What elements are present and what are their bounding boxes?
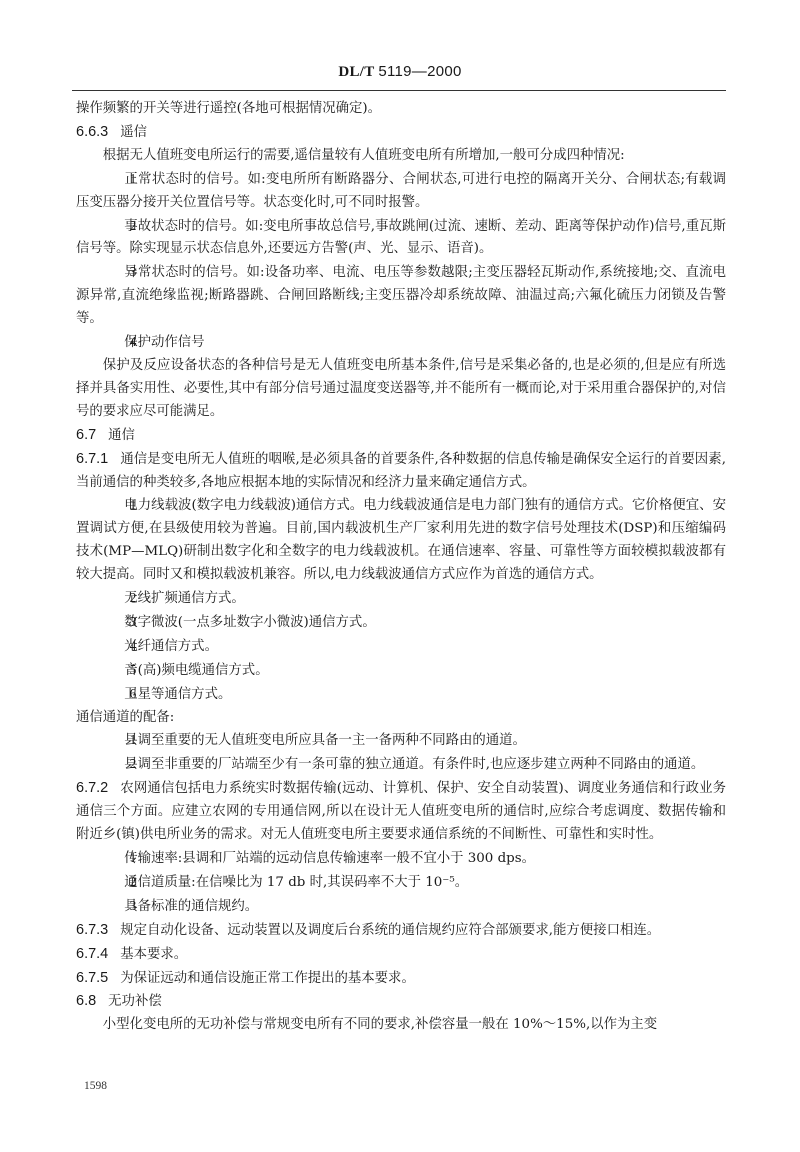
section-number: 6.8 [76,993,96,1009]
list-item: 3异常状态时的信号。如:设备功率、电流、电压等参数越限;主变压器轻瓦斯动作,系统… [76,261,726,331]
item-text: 音(高)频电缆通信方式。 [124,663,268,678]
clause-paragraph: 6.7.5为保证远动和通信设施正常工作提出的基本要求。 [76,967,726,991]
list-item: 2通信道质量:在信噪比为 17 db 时,其误码率不大于 10⁻⁵。 [76,871,726,895]
item-text: 异常状态时的信号。如:设备功率、电流、电压等参数越限;主变压器轻瓦斯动作,系统接… [76,265,726,326]
list-item: 3数字微波(一点多址数字小微波)通信方式。 [76,611,726,635]
document-body: 操作频繁的开关等进行遥控(各地可根据情况确定)。6.6.3遥信根据无人值班变电所… [76,98,726,1037]
item-number: 1 [103,168,124,191]
item-number: 6 [103,683,124,706]
header-rule [72,90,726,91]
list-item: 2县调至非重要的厂站端至少有一条可靠的独立通道。有条件时,也应逐步建立两种不同路… [76,753,726,777]
section-title: 无功补偿 [108,994,162,1009]
item-text: 卫星等通信方式。 [124,687,231,702]
item-text: 事故状态时的信号。如:变电所事故总信号,事故跳闸(过流、速断、差动、距离等保护动… [76,219,726,257]
section-title: 遥信 [120,125,147,140]
item-number: 2 [103,215,124,238]
item-number: 1 [103,847,124,870]
item-text: 传输速率:县调和厂站端的远动信息传输速率一般不宜小于 300 dps。 [124,851,535,866]
item-text: 保护动作信号 [124,335,204,350]
paragraph: 根据无人值班变电所运行的需要,遥信量较有人值班变电所有所增加,一般可分成四种情况… [76,145,726,168]
section-heading: 6.8无功补偿 [76,990,726,1014]
clause-paragraph: 6.7.1通信是变电所无人值班的咽喉,是必须具备的首要条件,各种数据的信息传输是… [76,448,726,495]
clause-text: 为保证远动和通信设施正常工作提出的基本要求。 [120,971,415,986]
clause-paragraph: 6.7.2农网通信包括电力系统实时数据传输(远动、计算机、保护、安全自动装置)、… [76,777,726,847]
item-number: 3 [103,261,124,284]
clause-paragraph: 6.7.3规定自动化设备、远动装置以及调度后台系统的通信规约应符合部颁要求,能方… [76,919,726,943]
paragraph: 小型化变电所的无功补偿与常规变电所有不同的要求,补偿容量一般在 10%～15%,… [76,1014,726,1037]
item-number: 3 [103,895,124,918]
item-text: 数字微波(一点多址数字小微波)通信方式。 [124,615,375,630]
section-number: 6.7.1 [76,451,108,467]
clause-text: 规定自动化设备、远动装置以及调度后台系统的通信规约应符合部颁要求,能方便接口相连… [120,923,660,938]
document-header: DL/T 5119—2000 [0,63,800,81]
item-text: 无线扩频通信方式。 [124,591,245,606]
item-text: 县调至重要的无人值班变电所应具备一主一备两种不同路由的通道。 [124,733,526,748]
item-text: 正常状态时的信号。如:变电所所有断路器分、合闸状态,可进行电控的隔离开关分、合闸… [76,172,726,210]
item-text: 县调至非重要的厂站端至少有一条可靠的独立通道。有条件时,也应逐步建立两种不同路由… [124,757,704,772]
section-number: 6.7.4 [76,946,108,962]
list-item: 3具备标准的通信规约。 [76,895,726,919]
standard-prefix: DL/T [338,64,374,80]
clause-text: 基本要求。 [120,947,187,962]
list-item: 1传输速率:县调和厂站端的远动信息传输速率一般不宜小于 300 dps。 [76,847,726,871]
paragraph: 通信通道的配备: [76,707,726,730]
clause-text: 农网通信包括电力系统实时数据传输(远动、计算机、保护、安全自动装置)、调度业务通… [76,781,726,842]
clause-paragraph: 6.7.4基本要求。 [76,943,726,967]
item-text: 具备标准的通信规约。 [124,899,258,914]
item-number: 4 [103,635,124,658]
section-number: 6.7.2 [76,780,108,796]
list-item: 2事故状态时的信号。如:变电所事故总信号,事故跳闸(过流、速断、差动、距离等保护… [76,215,726,262]
section-heading: 6.7通信 [76,424,726,448]
list-item: 6卫星等通信方式。 [76,683,726,707]
clause-text: 通信是变电所无人值班的咽喉,是必须具备的首要条件,各种数据的信息传输是确保安全运… [76,452,726,490]
item-number: 5 [103,659,124,682]
item-text: 电力线载波(数字电力线载波)通信方式。电力线载波通信是电力部门独有的通信方式。它… [76,498,726,582]
item-number: 2 [103,587,124,610]
item-number: 2 [103,871,124,894]
item-text: 通信道质量:在信噪比为 17 db 时,其误码率不大于 10⁻⁵。 [124,875,468,890]
standard-number: 5119—2000 [378,63,461,80]
section-number: 6.7.5 [76,970,108,986]
section-number: 6.7.3 [76,922,108,938]
item-number: 1 [103,494,124,517]
item-number: 1 [103,729,124,752]
list-item: 1电力线载波(数字电力线载波)通信方式。电力线载波通信是电力部门独有的通信方式。… [76,494,726,587]
item-text: 光纤通信方式。 [124,639,218,654]
item-number: 4 [103,331,124,354]
item-number: 2 [103,753,124,776]
section-number: 6.6.3 [76,124,108,140]
section-heading: 6.6.3遥信 [76,121,726,145]
list-item: 4保护动作信号 [76,331,726,355]
section-number: 6.7 [76,427,96,443]
paragraph: 保护及反应设备状态的各种信号是无人值班变电所基本条件,信号是采集必备的,也是必须… [76,355,726,424]
list-item: 1县调至重要的无人值班变电所应具备一主一备两种不同路由的通道。 [76,729,726,753]
section-title: 通信 [108,428,135,443]
list-item: 2无线扩频通信方式。 [76,587,726,611]
list-item: 1正常状态时的信号。如:变电所所有断路器分、合闸状态,可进行电控的隔离开关分、合… [76,168,726,215]
page-number: 1598 [84,1080,107,1092]
list-item: 5音(高)频电缆通信方式。 [76,659,726,683]
item-number: 3 [103,611,124,634]
paragraph: 操作频繁的开关等进行遥控(各地可根据情况确定)。 [76,98,726,121]
list-item: 4光纤通信方式。 [76,635,726,659]
